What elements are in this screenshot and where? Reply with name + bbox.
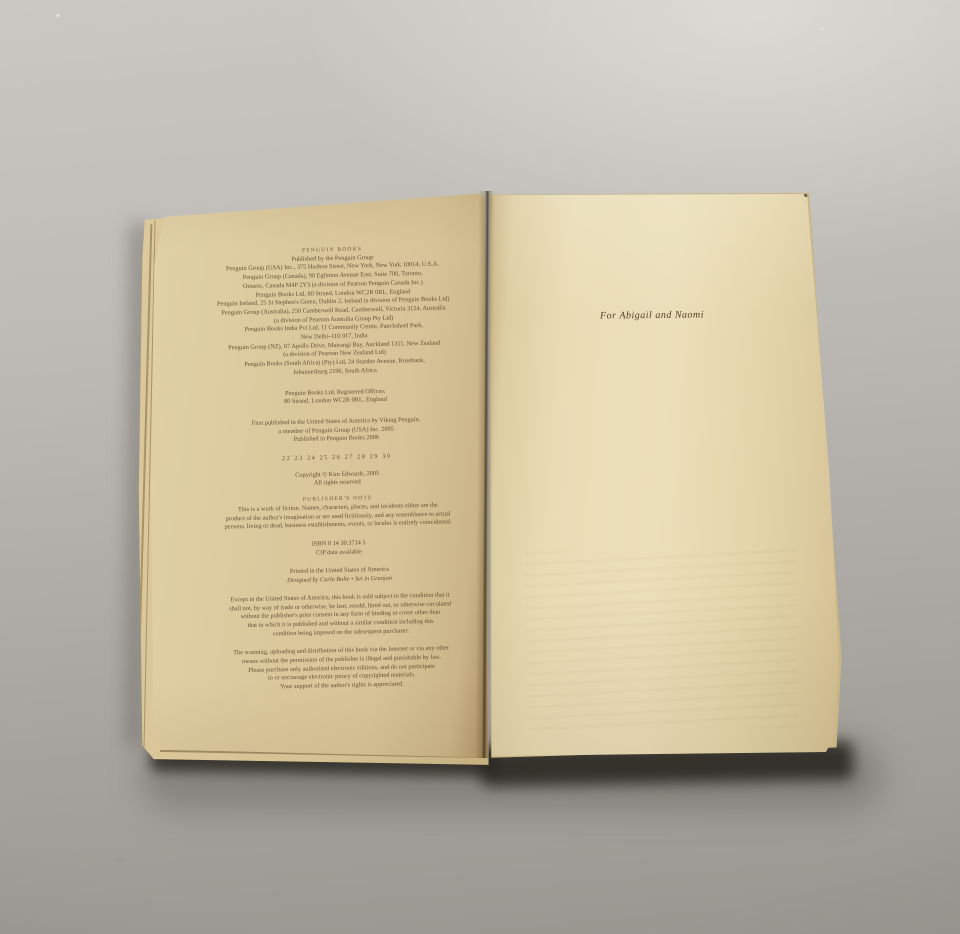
surface-speck [118,858,124,862]
printing-credits: Printed in the United States of America … [197,564,481,588]
copyright-text-column: PENGUIN BOOKS Published by the Penguin G… [190,243,484,694]
book-gutter [475,191,495,758]
dedication-text: For Abigail and Naomi [557,309,747,322]
copyright-notice: Copyright © Kim Edwards, 2005All rights … [195,467,479,491]
dedication-page: For Abigail and Naomi [487,190,843,760]
isbn-block: ISBN 0 14 30.3714 5CIP data available [197,537,481,561]
publisher-addresses: Published by the Penguin GroupPenguin Gr… [190,251,477,379]
first-published: First published in the United States of … [194,415,479,448]
registered-offices: Penguin Books Ltd, Registered Offices:80… [193,385,477,409]
surface-speck [56,14,60,17]
condition-notice: Except in the United States of America, … [198,590,483,640]
printers-key: 22 23 24 25 26 27 28 29 30 [195,451,479,466]
photo-scene: PENGUIN BOOKS Published by the Penguin G… [0,0,960,934]
piracy-notice: The scanning, uploading and distribution… [199,644,484,694]
surface-speck [820,27,825,31]
copyright-page: PENGUIN BOOKS Published by the Penguin G… [144,190,488,760]
page-showthrough [525,548,798,733]
publishers-note: This is a work of fiction. Names, charac… [196,501,481,534]
